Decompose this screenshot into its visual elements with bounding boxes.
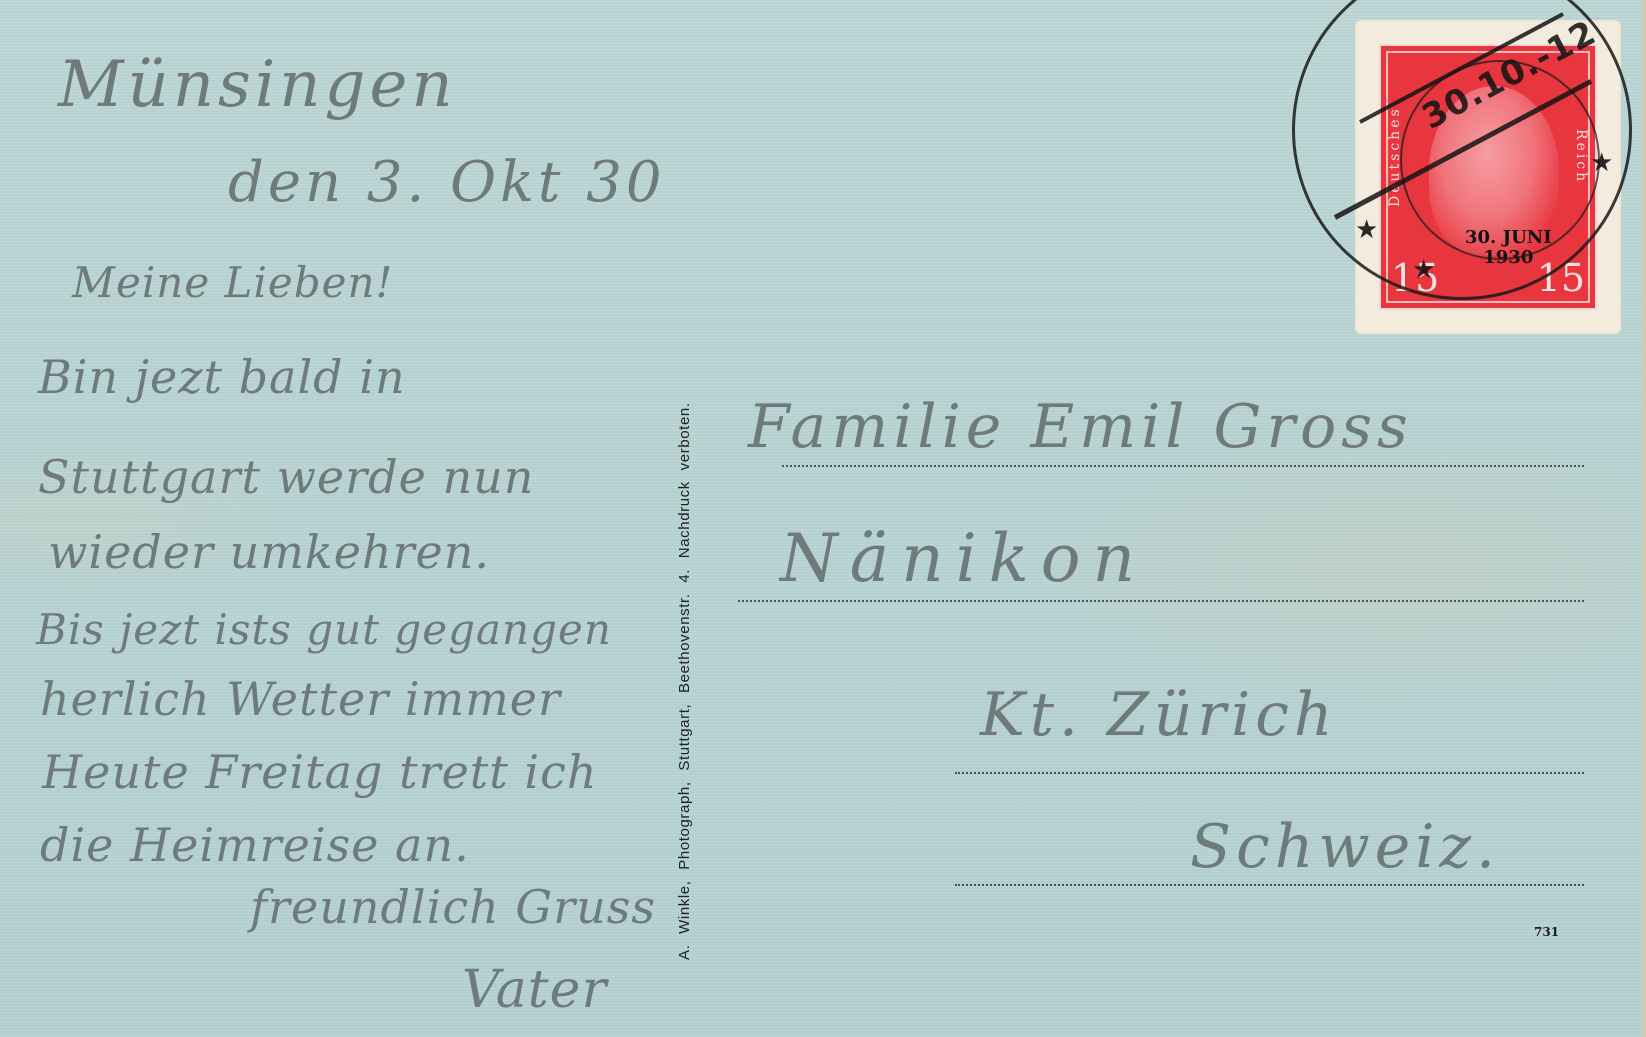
postcard-back: Münsingen den 3. Okt 30 Meine Lieben! Bi… bbox=[0, 0, 1646, 1037]
address-line-country: Schweiz. bbox=[1190, 812, 1500, 882]
address-line-canton: Kt. Zürich bbox=[980, 680, 1338, 750]
message-salutation: Meine Lieben! bbox=[72, 258, 393, 307]
star-icon: ★ bbox=[1355, 215, 1378, 245]
star-icon: ★ bbox=[1412, 255, 1435, 285]
message-line: Bis jezt ists gut gegangen bbox=[36, 605, 612, 654]
address-dotted-line bbox=[782, 465, 1584, 467]
message-closing: freundlich Gruss bbox=[250, 880, 656, 934]
address-line-town: Nänikon bbox=[780, 520, 1147, 597]
address-line-name: Familie Emil Gross bbox=[748, 392, 1413, 462]
message-date: den 3. Okt 30 bbox=[228, 150, 666, 215]
message-line: Stuttgart werde nun bbox=[38, 450, 534, 504]
message-place: Münsingen bbox=[58, 48, 457, 122]
message-line: Heute Freitag trett ich bbox=[42, 745, 598, 799]
message-line: wieder umkehren. bbox=[48, 525, 490, 579]
message-line: die Heimreise an. bbox=[40, 818, 470, 872]
star-icon: ★ bbox=[1590, 148, 1613, 178]
message-line: herlich Wetter immer bbox=[40, 672, 561, 726]
address-dotted-line bbox=[955, 884, 1584, 886]
card-number: 731 bbox=[1534, 925, 1559, 939]
address-dotted-line bbox=[955, 772, 1584, 774]
message-line: Bin jezt bald in bbox=[38, 350, 406, 404]
publisher-imprint: A. Winkle, Photograph, Stuttgart, Beetho… bbox=[676, 402, 693, 960]
address-dotted-line bbox=[738, 600, 1584, 602]
message-signature: Vater bbox=[462, 960, 607, 1020]
